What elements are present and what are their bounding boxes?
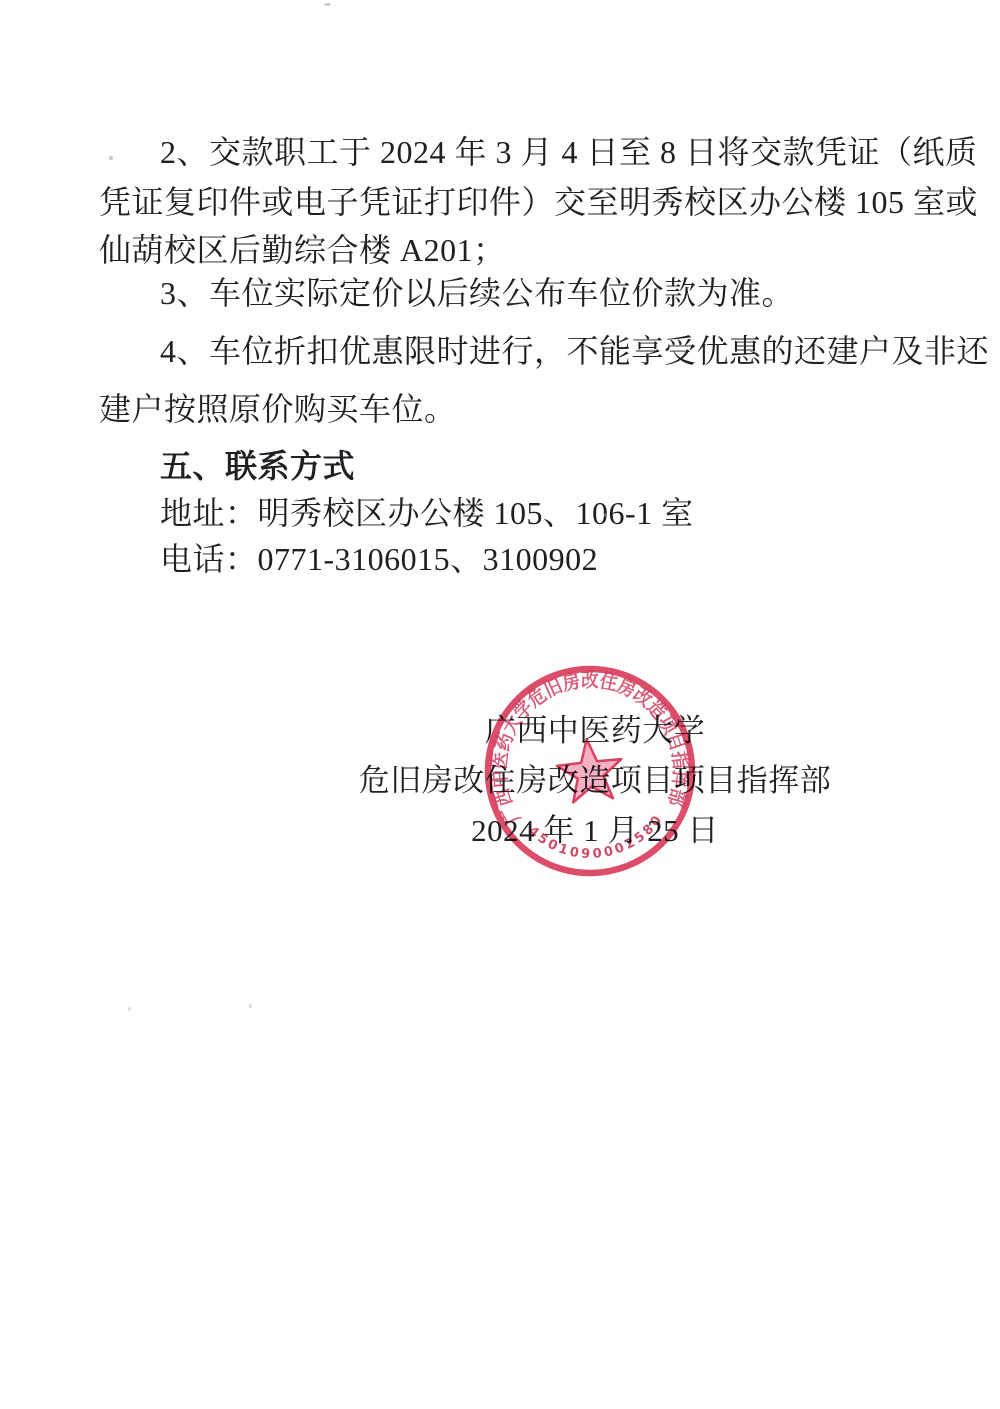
scan-speck (604, 513, 607, 517)
star-icon (554, 736, 625, 804)
para-4-line-1: 4、车位折扣优惠限时进行，不能享受优惠的还建户及非还 (99, 330, 919, 372)
official-seal: 广西中医药大学危旧房改住房改造项目指挥部 4501090002580 (458, 639, 722, 903)
scan-speck (128, 1007, 131, 1011)
address-line: 地址：明秀校区办公楼 105、106-1 室 (99, 492, 919, 534)
scan-speck (109, 156, 113, 160)
para-2-line-1: 2、交款职工于 2024 年 3 月 4 日至 8 日将交款凭证（纸质 (99, 131, 919, 173)
body-text-block: 2、交款职工于 2024 年 3 月 4 日至 8 日将交款凭证（纸质 凭证复印… (99, 0, 919, 580)
scan-speck (324, 3, 331, 6)
phone-line: 电话：0771-3106015、3100902 (99, 538, 919, 580)
para-2-line-2: 凭证复印件或电子凭证打印件）交至明秀校区办公楼 105 室或 (99, 181, 919, 223)
document-page: 2、交款职工于 2024 年 3 月 4 日至 8 日将交款凭证（纸质 凭证复印… (0, 0, 1000, 1409)
para-2-line-3: 仙葫校区后勤综合楼 A201； (99, 229, 919, 271)
section-5-heading: 五、联系方式 (99, 445, 919, 487)
para-3-line-1: 3、车位实际定价以后续公布车位价款为准。 (99, 272, 919, 314)
para-4-line-2: 建户按照原价购买车位。 (99, 388, 919, 430)
scan-speck (249, 1004, 252, 1008)
